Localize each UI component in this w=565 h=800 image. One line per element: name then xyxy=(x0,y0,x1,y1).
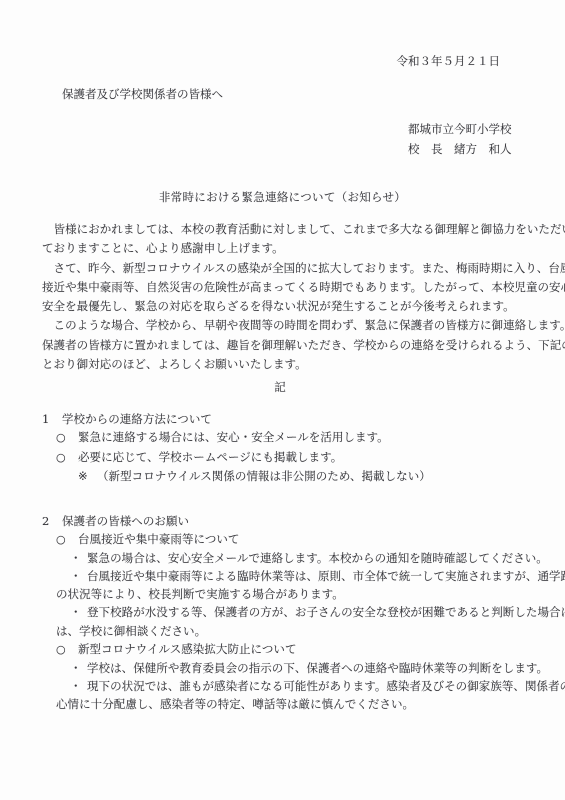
list-item: ○新型コロナウイルス感染拡大防止について xyxy=(42,640,552,659)
paragraph-line: 安全を最優先し、緊急の対応を取らざるを得ない状況が発生することが今後考えられます… xyxy=(42,297,534,316)
list-item-text: 台風接近や集中豪雨等による臨時休業等は、原則、市全体で統一して実施されますが、通… xyxy=(87,569,565,583)
list-item-text: 台風接近や集中豪雨等について xyxy=(78,532,239,546)
reference-mark-icon: ※ xyxy=(78,467,97,485)
list-item: ・登下校路が水没する等、保護者の方が、お子さんの安全な登校が困難であると判断した… xyxy=(42,603,552,621)
paragraph-line: このような場合、学校から、早朝や夜間等の時間を問わず、緊急に保護者の皆様方に御連… xyxy=(42,316,534,335)
section-heading-text: 保護者の皆様へのお願い xyxy=(62,514,189,528)
circle-bullet-icon: ○ xyxy=(56,449,78,467)
paragraph-line: 保護者の皆様方に置かれましては、趣旨を御理解いただき、学校からの連絡を受けられる… xyxy=(42,336,534,355)
list-item-continuation: の状況等により、校長判断で実施する場合があります。 xyxy=(42,585,552,603)
record-marker: 記 xyxy=(0,379,560,395)
section-number: 1 xyxy=(42,410,62,428)
circle-bullet-icon: ○ xyxy=(56,429,78,447)
list-item: ・学校は、保健所や教育委員会の指示の下、保護者への連絡や臨時休業等の判断をします… xyxy=(42,659,552,677)
list-item: ○必要に応じて、学校ホームページにも掲載します。 xyxy=(42,448,552,467)
section-contact-methods: 1学校からの連絡方法について ○緊急に連絡する場合には、安心・安全メールを活用し… xyxy=(42,410,552,486)
paragraph-line: 接近や集中豪雨等、自然災害の危険性が高まってくる時期でもあります。したがって、本… xyxy=(42,278,534,297)
section-parent-requests: 2保護者の皆様へのお願い ○台風接近や集中豪雨等について ・緊急の場合は、安心安… xyxy=(42,512,552,713)
circle-bullet-icon: ○ xyxy=(56,531,78,549)
list-item-text: 緊急の場合は、安心安全メールで連絡します。本校からの通知を随時確認してください。 xyxy=(87,551,548,565)
list-item: ・現下の状況では、誰もが感染者になる可能性があります。感染者及びその御家族等、関… xyxy=(42,677,552,695)
list-item-text: 新型コロナウイルス感染拡大防止について xyxy=(78,642,297,656)
section-heading: 2保護者の皆様へのお願い xyxy=(42,512,552,530)
list-item: ・緊急の場合は、安心安全メールで連絡します。本校からの通知を随時確認してください… xyxy=(42,549,552,567)
note-text: （新型コロナウイルス関係の情報は非公開のため、掲載しない） xyxy=(97,469,431,483)
sender-principal-line: 校 長 緒方 和人 xyxy=(408,139,512,159)
dot-bullet-icon: ・ xyxy=(70,549,87,567)
list-item-text: 登下校路が水没する等、保護者の方が、お子さんの安全な登校が困難であると判断した場… xyxy=(87,605,565,619)
section-number: 2 xyxy=(42,512,62,530)
paragraph-line: 皆様におかれましては、本校の教育活動に対しまして、これまで多大なる御理解と御協力… xyxy=(42,220,534,239)
body-text: 皆様におかれましては、本校の教育活動に対しまして、これまで多大なる御理解と御協力… xyxy=(42,220,534,374)
date-line: 令和３年５月２１日 xyxy=(397,53,501,69)
paragraph-line: とおり御対応のほど、よろしくお願いいたします。 xyxy=(42,355,534,374)
list-item: ・台風接近や集中豪雨等による臨時休業等は、原則、市全体で統一して実施されますが、… xyxy=(42,567,552,585)
sender-block: 都城市立今町小学校 校 長 緒方 和人 xyxy=(408,119,512,159)
dot-bullet-icon: ・ xyxy=(70,677,87,695)
section-heading: 1学校からの連絡方法について xyxy=(42,410,552,428)
paragraph-line: さて、昨今、新型コロナウイルスの感染が全国的に拡大しております。また、梅雨時期に… xyxy=(42,259,534,278)
sender-school-line: 都城市立今町小学校 xyxy=(408,119,512,139)
list-item-text: 緊急に連絡する場合には、安心・安全メールを活用します。 xyxy=(78,430,389,444)
document-title: 非常時における緊急連絡について（お知らせ） xyxy=(0,189,565,205)
list-item: ○緊急に連絡する場合には、安心・安全メールを活用します。 xyxy=(42,428,552,447)
list-item-continuation: 心情に十分配慮し、感染者等の特定、噂話等は厳に慎んでください。 xyxy=(42,695,552,713)
note-line: ※（新型コロナウイルス関係の情報は非公開のため、掲載しない） xyxy=(42,467,552,485)
list-item-text: 必要に応じて、学校ホームページにも掲載します。 xyxy=(78,450,342,464)
dot-bullet-icon: ・ xyxy=(70,567,87,585)
addressee-line: 保護者及び学校関係者の皆様へ xyxy=(62,86,223,102)
document-page: 令和３年５月２１日 保護者及び学校関係者の皆様へ 都城市立今町小学校 校 長 緒… xyxy=(0,0,565,800)
paragraph-line: ておりますことに、心より感謝申し上げます。 xyxy=(42,239,534,258)
circle-bullet-icon: ○ xyxy=(56,641,78,659)
dot-bullet-icon: ・ xyxy=(70,659,87,677)
dot-bullet-icon: ・ xyxy=(70,603,87,621)
list-item-text: 現下の状況では、誰もが感染者になる可能性があります。感染者及びその御家族等、関係… xyxy=(87,679,565,693)
section-heading-text: 学校からの連絡方法について xyxy=(62,412,212,426)
list-item: ○台風接近や集中豪雨等について xyxy=(42,530,552,549)
list-item-text: 学校は、保健所や教育委員会の指示の下、保護者への連絡や臨時休業等の判断をします。 xyxy=(87,661,548,675)
list-item-continuation: は、学校に御相談ください。 xyxy=(42,622,552,640)
